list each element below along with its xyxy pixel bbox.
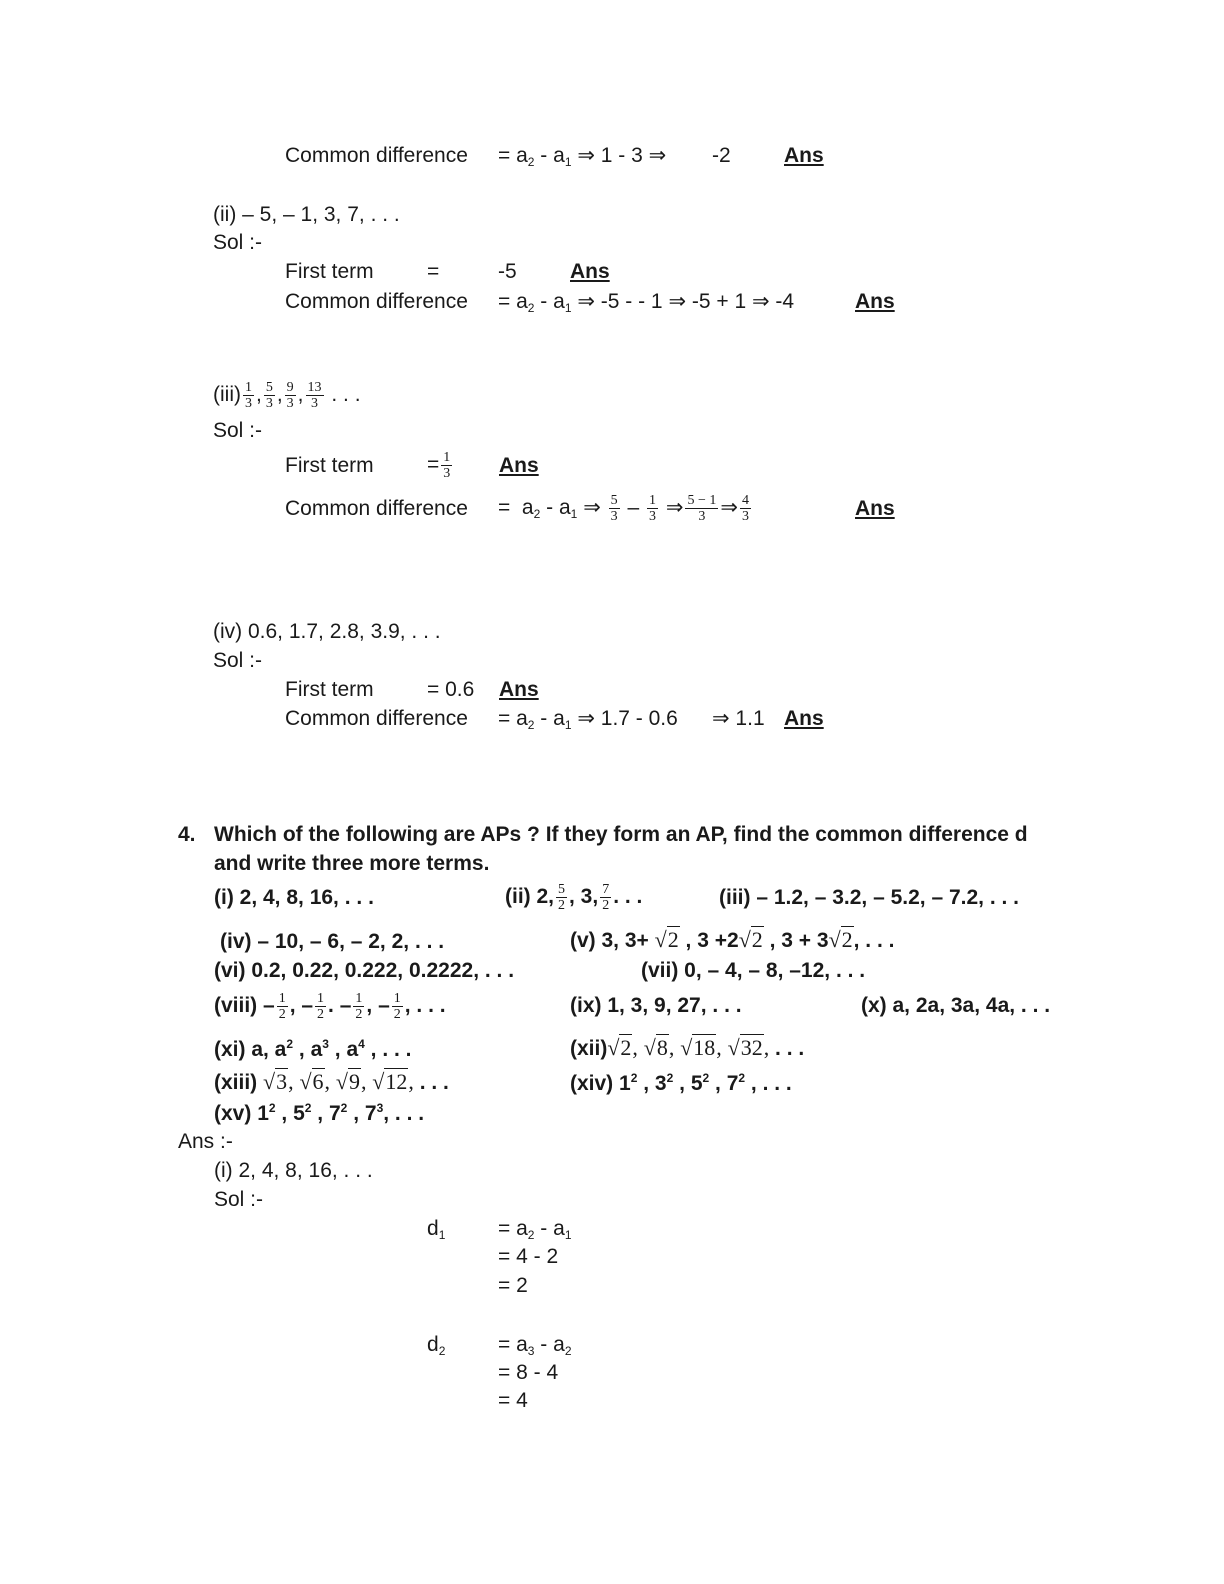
ans-label: Ans <box>855 290 895 314</box>
item-iii: (iii) – 1.2, – 3.2, – 5.2, – 7.2, . . . <box>719 886 1019 910</box>
item-i: (i) 2, 4, 8, 16, . . . <box>214 886 374 910</box>
part-i-cd-expr: = a2 - a1 ⇒ 1 - 3 ⇒ <box>498 144 666 168</box>
ans-label: Ans <box>570 260 610 284</box>
fraction: 13 <box>243 380 254 411</box>
item-v: (v) 3, 3+ √2 , 3 +2√2 , 3 + 3√2, . . . <box>570 928 894 953</box>
fraction: 53 <box>264 380 275 411</box>
item-xiii: (xiii) √3, √6, √9, √12, . . . <box>214 1070 449 1095</box>
first-term-label: First term <box>285 260 374 284</box>
question-text-line2: and write three more terms. <box>214 852 489 876</box>
item-viii: (viii) –12, –12. –12, –12, . . . <box>214 991 446 1022</box>
cd-label: Common difference <box>285 707 468 731</box>
item-xi: (xi) a, a2 , a3 , a4 , . . . <box>214 1038 412 1062</box>
item-iv: (iv) – 10, – 6, – 2, 2, . . . <box>220 930 444 954</box>
sol-label: Sol :- <box>213 231 262 255</box>
d2-line-3: = 4 <box>498 1389 528 1413</box>
answer-part: (i) 2, 4, 8, 16, . . . <box>214 1159 373 1183</box>
d2-line-2: = 8 - 4 <box>498 1361 558 1385</box>
cd-expr: = a2 - a1 ⇒ 53 – 13 ⇒5 − 13⇒43 <box>498 493 753 524</box>
item-x: (x) a, 2a, 3a, 4a, . . . <box>861 994 1050 1018</box>
first-term-label: First term <box>285 678 374 702</box>
ans-label: Ans <box>784 144 824 168</box>
question-text-line1: Which of the following are APs ? If they… <box>214 823 1028 847</box>
ans-label: Ans <box>499 454 539 478</box>
cd-result: ⇒ 1.1 <box>712 707 765 731</box>
part-i-cd-label: Common difference <box>285 144 468 168</box>
sol-label: Sol :- <box>213 649 262 673</box>
ellipsis: . . . <box>331 383 360 406</box>
ans-label: Ans <box>855 497 895 521</box>
first-term-value: -5 <box>498 260 517 284</box>
item-ix: (ix) 1, 3, 9, 27, . . . <box>570 994 742 1018</box>
d1-line-2: = 4 - 2 <box>498 1245 558 1269</box>
item-xv: (xv) 12 , 52 , 72 , 73, . . . <box>214 1102 424 1126</box>
question-number: 4. <box>178 823 196 847</box>
equals: = <box>427 260 439 284</box>
ans-label: Ans <box>499 678 539 702</box>
first-term-value: = 0.6 <box>427 678 474 702</box>
item-xii: (xii)√2, √8, √18, √32, . . . <box>570 1036 804 1061</box>
cd-label: Common difference <box>285 497 468 521</box>
part-iii-question: (iii)13,53,93,133 . . . <box>213 380 361 411</box>
item-vi: (vi) 0.2, 0.22, 0.222, 0.2222, . . . <box>214 959 514 983</box>
fraction: 133 <box>306 380 324 411</box>
part-ii-question: (ii) – 5, – 1, 3, 7, . . . <box>213 203 400 227</box>
part-label: (iii) <box>213 383 241 406</box>
item-xiv: (xiv) 12 , 32 , 52 , 72 , . . . <box>570 1072 792 1096</box>
d2-label: d2 <box>427 1333 445 1357</box>
part-i-cd-result: -2 <box>712 144 731 168</box>
cd-label: Common difference <box>285 290 468 314</box>
ans-label: Ans <box>784 707 824 731</box>
item-ii: (ii) 2,52, 3,72. . . <box>505 882 642 913</box>
first-term-label: First term <box>285 454 374 478</box>
fraction: 93 <box>285 380 296 411</box>
answer-heading: Ans :- <box>178 1130 233 1154</box>
d1-label: d1 <box>427 1217 445 1241</box>
cd-expr: = a2 - a1 ⇒ -5 - - 1 ⇒ -5 + 1 ⇒ -4 <box>498 290 794 314</box>
sol-label: Sol :- <box>214 1188 263 1212</box>
first-term-value: =13 <box>427 450 454 481</box>
d1-line-1: = a2 - a1 <box>498 1217 572 1241</box>
item-vii: (vii) 0, – 4, – 8, –12, . . . <box>641 959 865 983</box>
d1-line-3: = 2 <box>498 1274 528 1298</box>
part-iv-question: (iv) 0.6, 1.7, 2.8, 3.9, . . . <box>213 620 441 644</box>
sol-label: Sol :- <box>213 419 262 443</box>
cd-expr: = a2 - a1 ⇒ 1.7 - 0.6 <box>498 707 678 731</box>
d2-line-1: = a3 - a2 <box>498 1333 572 1357</box>
